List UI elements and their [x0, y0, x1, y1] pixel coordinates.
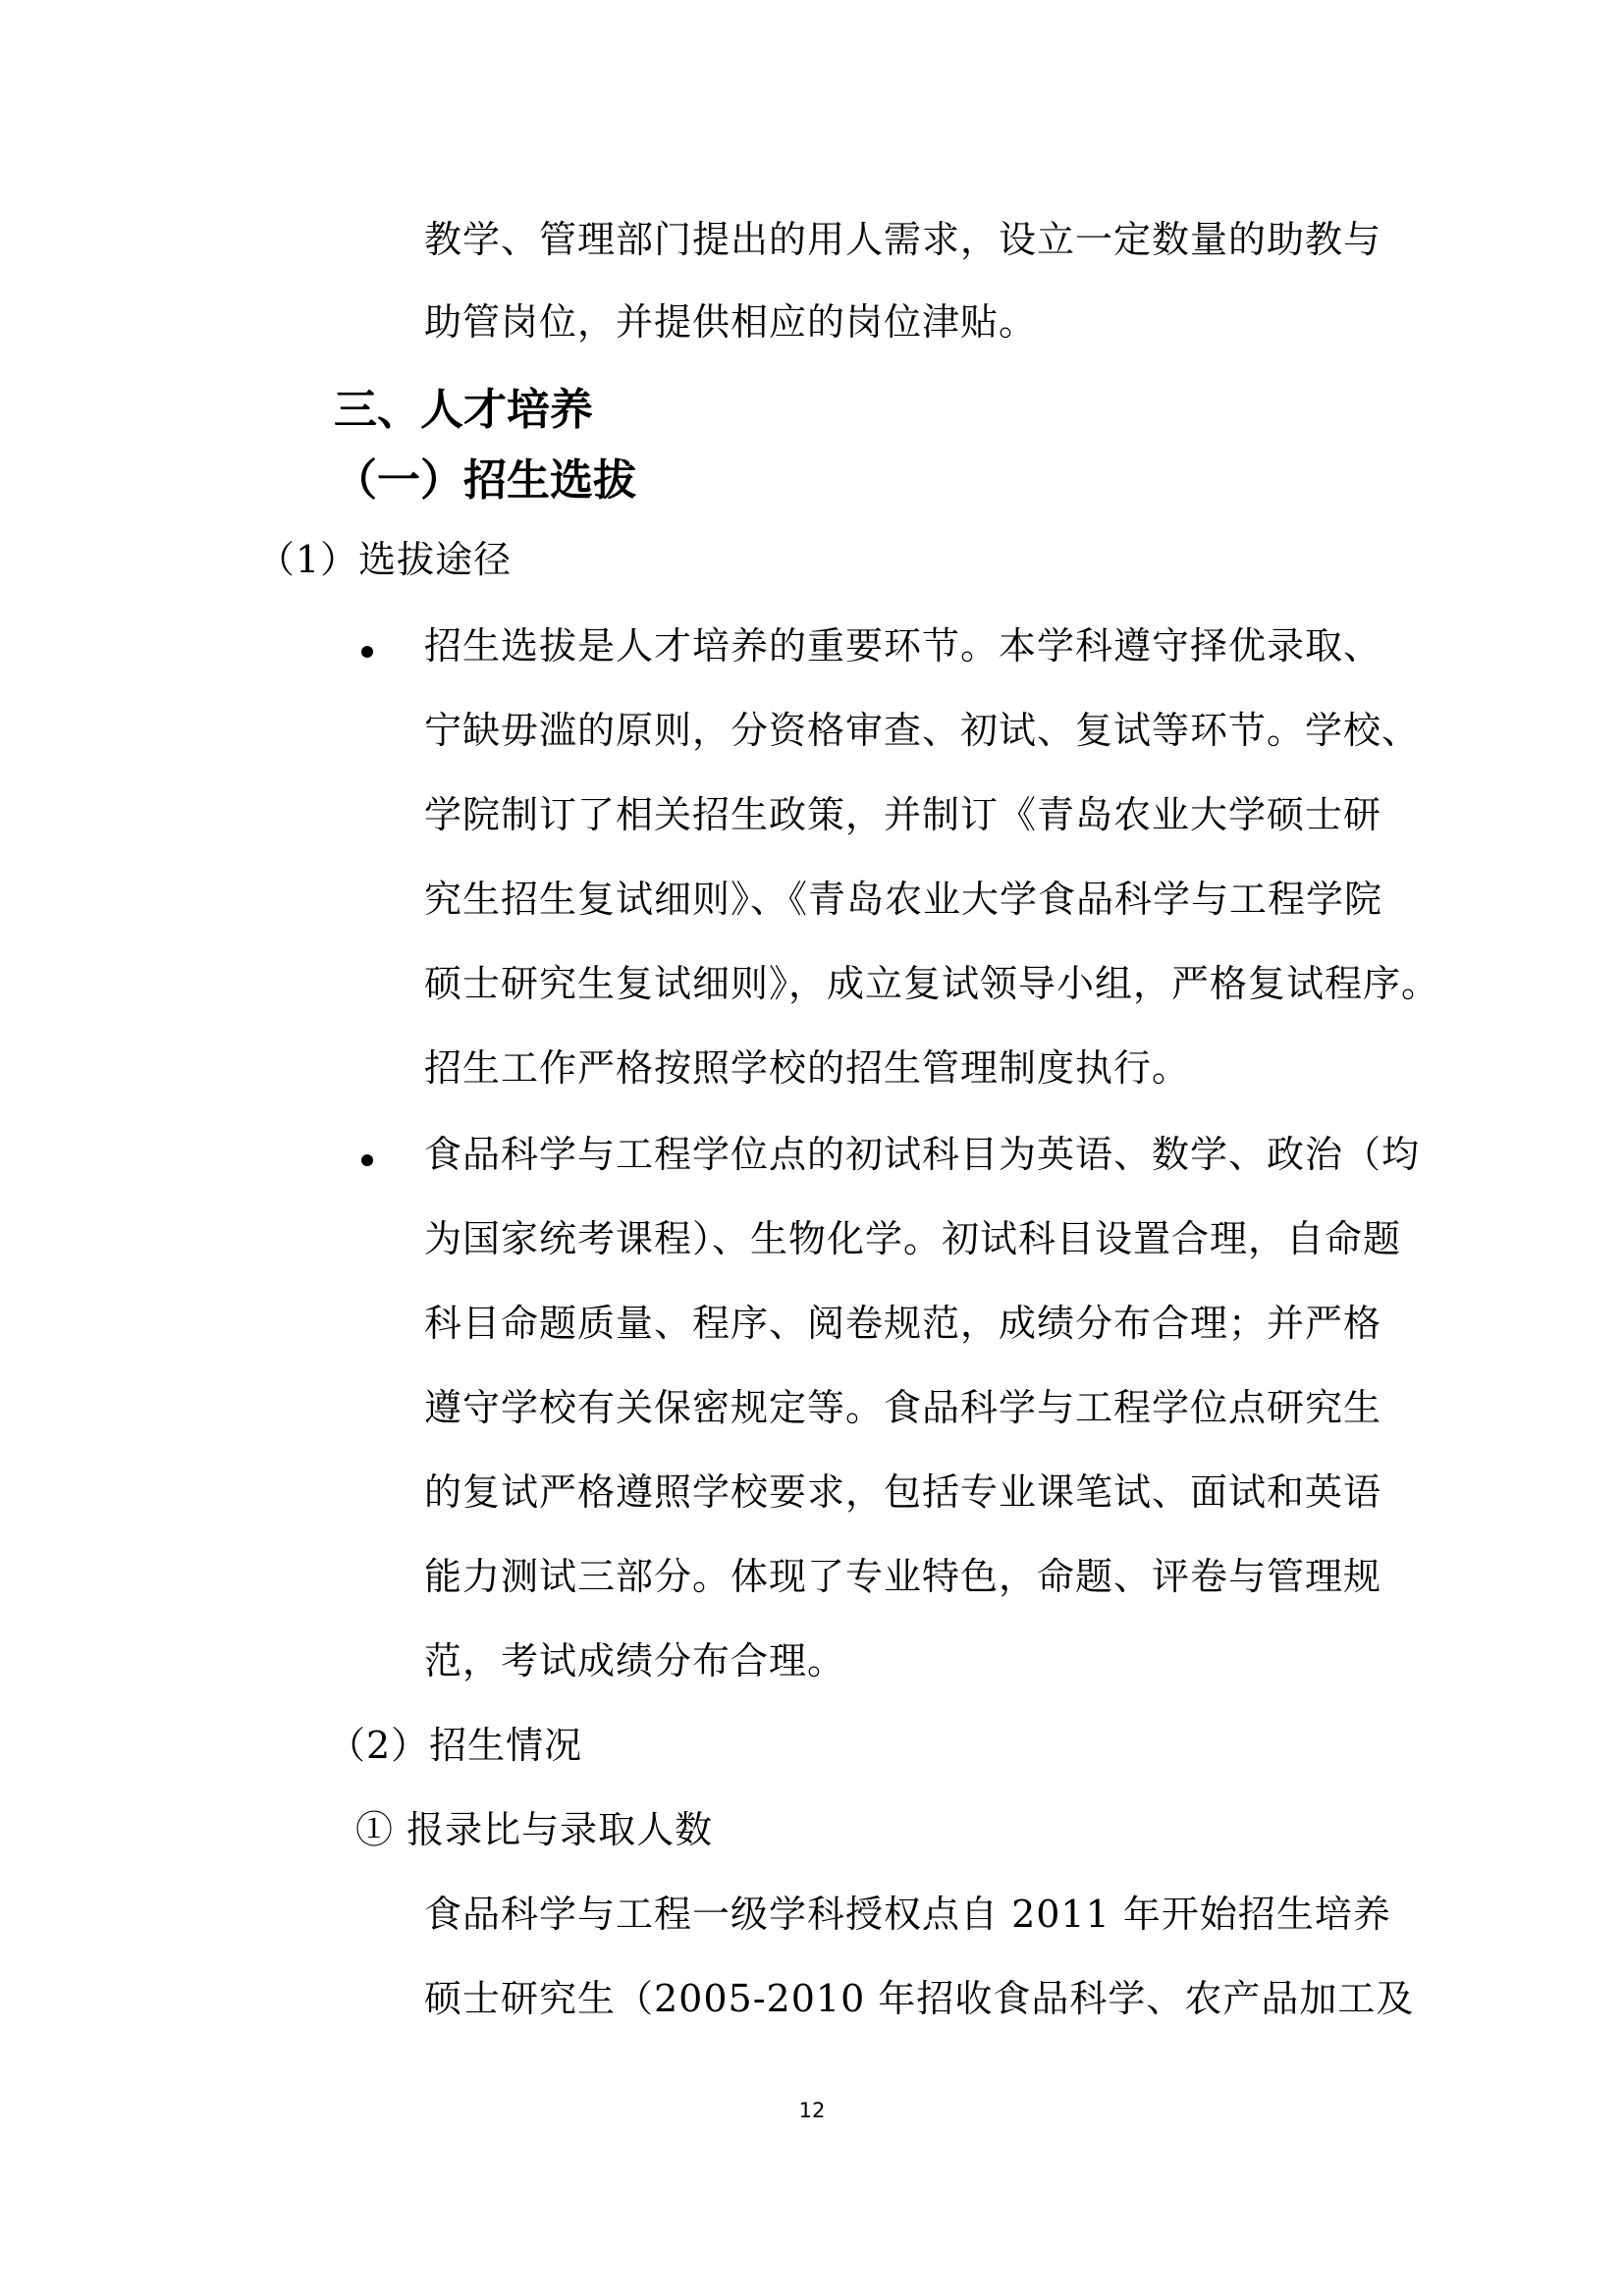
bullet-line: 硕士研究生复试细则》，成立复试领导小组，严格复试程序。 [424, 962, 1439, 1005]
bullet-line: 招生工作严格按照学校的招生管理制度执行。 [424, 1046, 1190, 1090]
bullet-line: 学院制订了相关招生政策，并制订《青岛农业大学硕士研 [424, 793, 1381, 836]
bullet-line: 为国家统考课程）、生物化学。初试科目设置合理，自命题 [424, 1217, 1401, 1260]
bullet-icon [361, 646, 373, 658]
section-heading: 三、人才培养 [334, 385, 593, 436]
subitem-heading-ratio: ① 报录比与录取人数 [355, 1808, 713, 1851]
bullet-line: 科目命题质量、程序、阅卷规范，成绩分布合理；并严格 [424, 1302, 1381, 1345]
paragraph-line: 硕士研究生（2005-2010 年招收食品科学、农产品加工及 [424, 1977, 1414, 2020]
bullet-line: 遵守学校有关保密规定等。食品科学与工程学位点研究生 [424, 1386, 1381, 1429]
bullet-line: 招生选拔是人才培养的重要环节。本学科遵守择优录取、 [424, 624, 1381, 667]
item-heading-selection-route: （1）选拔途径 [257, 538, 512, 581]
bullet-line: 能力测试三部分。体现了专业特色，命题、评卷与管理规 [424, 1555, 1381, 1598]
page-number: 12 [0, 2099, 1624, 2122]
subsection-heading: （一）招生选拔 [334, 455, 636, 507]
bullet-icon [361, 1154, 373, 1166]
paragraph-line: 教学、管理部门提出的用人需求，设立一定数量的助教与 [424, 218, 1381, 261]
bullet-line: 究生招生复试细则》、《青岛农业大学食品科学与工程学院 [424, 878, 1382, 921]
paragraph-line: 助管岗位，并提供相应的岗位津贴。 [424, 300, 1037, 344]
bullet-line: 的复试严格遵照学校要求，包括专业课笔试、面试和英语 [424, 1470, 1381, 1514]
bullet-line: 食品科学与工程学位点的初试科目为英语、数学、政治（均 [424, 1133, 1420, 1176]
bullet-line: 宁缺毋滥的原则，分资格审查、初试、复试等环节。学校、 [424, 709, 1420, 752]
bullet-line: 范，考试成绩分布合理。 [424, 1639, 845, 1682]
paragraph-line: 食品科学与工程一级学科授权点自 2011 年开始招生培养 [424, 1893, 1391, 1936]
item-heading-enrollment: （2）招生情况 [328, 1724, 582, 1767]
